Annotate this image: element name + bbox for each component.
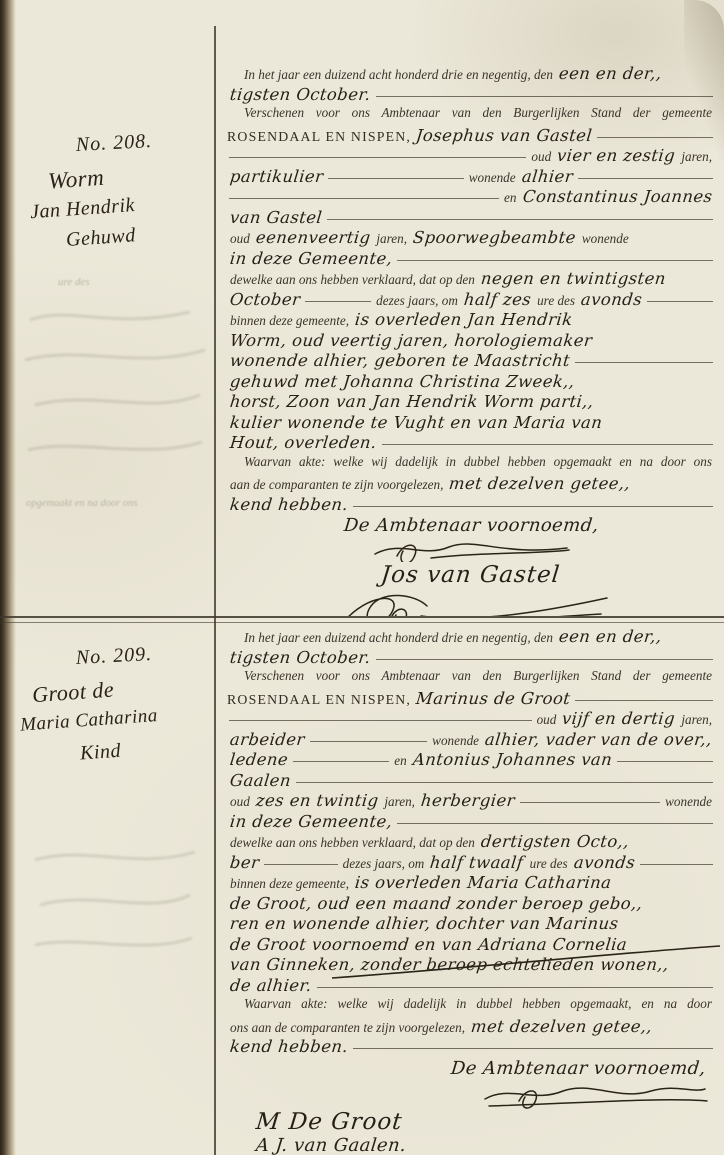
handwritten-text: de alhier. [229,976,313,995]
handwritten-text: De Ambtenaar voornoemd, [450,1058,707,1079]
handwritten-text: avonds [580,290,643,309]
handwritten-text: A J. van Gaalen. [255,1135,407,1155]
record-line: De Ambtenaar voornoemd, [227,515,715,536]
printed-form-text: ure des [530,856,568,872]
ruled-blank-line [310,727,427,742]
ruled-blank-line [597,123,713,138]
ruled-blank-line [229,143,526,158]
ruled-blank-line [229,706,532,721]
printed-form-text: binnen deze gemeente, [230,313,349,329]
handwritten-text: een en der,, [558,64,663,83]
record-line: in deze Gemeente, [227,249,715,270]
record-line: binnen deze gemeente,is overleden Jan He… [227,310,715,331]
record-line: De Ambtenaar voornoemd, [227,1058,715,1079]
record-line: Waarvan akte: welke wij dadelijk in dubb… [227,996,715,1017]
civil-status-208: Gehuwd [65,219,210,252]
record-line: Octoberdezes jaars, omhalf zesure desavo… [227,290,715,311]
book-binding-edge [0,0,16,1155]
ruled-blank-line [327,205,713,220]
ruled-blank-line [382,430,713,445]
ruled-blank-line [397,246,713,261]
printed-form-text: oud [537,712,557,728]
death-record-209: In het jaar een duizend acht honderd dri… [227,627,715,1155]
record-line: gehuwd met Johanna Christina Zweek,, [227,372,715,393]
civil-status-209: Kind [79,733,210,765]
ruled-blank-line [376,82,713,97]
handwritten-text: negen en twintigsten [480,269,667,288]
printed-form-text: dezes jaars, om [343,856,425,872]
handwritten-text: is overleden Maria Catharina [354,873,613,892]
printed-form-text: dezes jaars, om [376,293,458,309]
ruled-blank-line [353,492,713,507]
handwritten-text: horst, Zoon van Jan Hendrik Worm parti,, [229,392,595,411]
handwritten-text: kend hebben. [229,495,349,514]
handwritten-text: in deze Gemeente, [229,812,393,831]
ruled-blank-line [328,164,463,179]
ruled-blank-line [575,348,713,363]
ruled-blank-line [647,287,713,302]
ruled-blank-line [578,164,713,179]
record-line: de alhier. [227,976,715,997]
handwritten-text: ren en wonende alhier, dochter van Marin… [229,914,619,933]
ruled-blank-line [305,287,371,302]
printed-form-text: ure des [537,293,575,309]
signature-scribble [371,536,571,562]
handwritten-text: gehuwd met Johanna Christina Zweek,, [229,372,576,391]
document-page: { "paper": { "bg": "#ece8d9", "printed_i… [0,0,724,1155]
ruled-blank-line [317,973,713,988]
signature-scribble [479,1079,709,1109]
handwritten-text: van Gastel [229,208,323,227]
handwritten-text: October [229,290,301,309]
handwritten-text: avonds [573,853,636,872]
handwritten-text: Worm, oud veertig jaren, horologiemaker [229,331,593,350]
record-line: horst, Zoon van Jan Hendrik Worm parti,, [227,392,715,413]
record-line: kend hebben. [227,1037,715,1058]
ruled-blank-line [293,747,389,762]
record-line: kend hebben. [227,495,715,516]
record-line: berdezes jaars, omhalf twaalfure desavon… [227,853,715,874]
handwritten-text: Gaalen [229,771,292,790]
record-line: de Groot, oud een maand zonder beroep ge… [227,894,715,915]
record-line: oudvijf en dertigjaren, [227,709,715,730]
printed-form-text: Verschenen voor ons Ambtenaar van den Bu… [230,668,712,684]
record-number-209: No. 209. [18,640,211,673]
ruled-blank-line [353,1034,713,1049]
printed-form-text: oud [230,794,250,810]
record-divider-line [0,616,724,623]
handwritten-text: M De Groot [255,1109,404,1135]
printed-form-text: binnen deze gemeente, [230,876,349,892]
record-line: Hout, overleden. [227,433,715,454]
handwritten-text: dertigsten Octo,, [480,832,630,851]
signature-scribble [331,588,611,616]
printed-form-text: oud [230,231,250,247]
ruled-blank-line [264,850,337,865]
printed-form-text: Verschenen voor ons Ambtenaar van den Bu… [230,105,712,121]
margin-annotation-208: No. 208. Worm Jan Hendrik Gehuwd [18,132,210,247]
handwritten-text: ber [229,853,260,872]
ruled-blank-line [640,850,713,865]
handwritten-text: met dezelven getee,, [448,474,631,493]
record-line: dewelke aan ons hebben verklaard, dat op… [227,269,715,290]
handwritten-text: ledene [229,750,289,769]
record-line: ren en wonende alhier, dochter van Marin… [227,914,715,935]
show-through-marks [30,840,200,960]
handwritten-text: half twaalf [429,853,524,872]
handwritten-text: half zes [463,290,532,309]
death-record-208: In het jaar een duizend acht honderd dri… [227,64,715,616]
record-line [227,588,715,616]
handwritten-text: met dezelven getee,, [470,1017,653,1036]
handwritten-text: een en der,, [558,627,663,646]
record-line [227,536,715,562]
ruled-blank-line [376,645,713,660]
handwritten-text: kend hebben. [229,1037,349,1056]
printed-form-text: jaren, [681,712,712,728]
deceased-surname-208: Worm [47,157,210,194]
margin-annotation-209: No. 209. Groot de Maria Catharina Kind [18,645,210,761]
record-line: Waarvan akte: welke wij dadelijk in dubb… [227,454,715,475]
handwritten-text: Hout, overleden. [229,433,378,452]
handwritten-text: alhier [521,167,574,186]
record-line: A J. van Gaalen. [227,1135,715,1155]
handwritten-text: de Groot voornoemd en van Adriana Cornel… [229,935,628,954]
record-number-208: No. 208. [18,127,211,160]
record-line: M De Groot [227,1109,715,1135]
printed-form-text: Waarvan akte: welke wij dadelijk in dubb… [230,454,712,470]
ruled-blank-line [296,768,713,783]
record-line: tigsten October. [227,85,715,106]
record-line: binnen deze gemeente,is overleden Maria … [227,873,715,894]
ruled-blank-line [575,686,713,701]
handwritten-text: is overleden Jan Hendrik [354,310,574,329]
record-line: in deze Gemeente, [227,812,715,833]
handwritten-text: zes en twintig [255,791,380,810]
record-line: de Groot voornoemd en van Adriana Cornel… [227,935,715,956]
handwritten-text: de Groot, oud een maand zonder beroep ge… [229,894,643,913]
record-line: Jos van Gastel [227,562,715,588]
handwritten-text: vijf en dertig [561,709,676,728]
printed-form-text: wonende [432,733,479,749]
printed-form-text: Waarvan akte: welke wij dadelijk in dubb… [230,996,712,1012]
record-line: tigsten October. [227,648,715,669]
printed-form-text: oud [531,149,551,165]
record-line: van Gastel [227,208,715,229]
ruled-blank-line [520,788,660,803]
record-line: wonende alhier, geboren te Maastricht [227,351,715,372]
ruled-blank-line [229,184,499,199]
ruled-blank-line [617,747,713,762]
show-through-marks [20,300,210,500]
handwritten-text: Spoorwegbeambte [412,228,577,247]
handwritten-text: De Ambtenaar voornoemd, [343,515,600,536]
handwritten-text: tigsten October. [229,648,372,667]
handwritten-text: kulier wonende te Vught en van Maria van [229,413,603,432]
handwritten-text: wonende alhier, geboren te Maastricht [229,351,571,370]
handwritten-text: in deze Gemeente, [229,249,393,268]
record-line [227,1079,715,1109]
ruled-blank-line [397,809,713,824]
handwritten-text: van Ginneken, zonder beroep echtelieden … [229,955,670,974]
handwritten-text: eenenveertig [255,228,372,247]
handwritten-text: tigsten October. [229,85,372,104]
show-through-text: ure des [58,276,90,288]
handwritten-text: Jos van Gastel [380,562,562,588]
margin-divider-line [214,26,216,1155]
